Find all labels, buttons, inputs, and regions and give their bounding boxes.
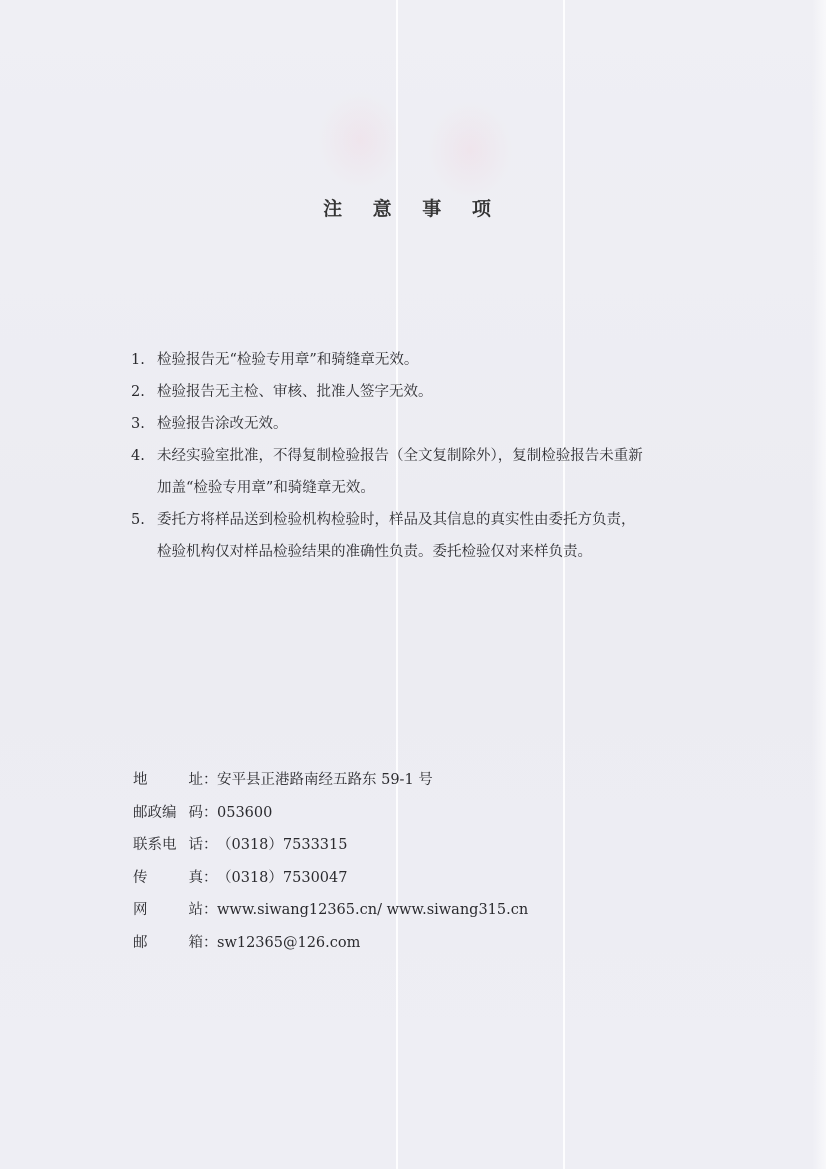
- note-number: 2.: [131, 376, 145, 408]
- contact-value: 安平县正港路南经五路东 59-1 号: [217, 764, 433, 797]
- note-item: 1. 检验报告无“检验专用章”和骑缝章无效。: [131, 344, 731, 376]
- note-text: 未经实验室批准，不得复制检验报告（全文复制除外），复制检验报告未重新: [157, 440, 731, 472]
- notes-list: 1. 检验报告无“检验专用章”和骑缝章无效。 2. 检验报告无主检、审核、批准人…: [131, 344, 731, 568]
- note-text: 委托方将样品送到检验机构检验时，样品及其信息的真实性由委托方负责，: [157, 504, 731, 536]
- contact-postcode: 邮政编码 ： 053600: [133, 797, 733, 830]
- note-text: 检验报告无主检、审核、批准人签字无效。: [157, 376, 731, 408]
- contact-value: （0318）7533315: [217, 829, 347, 862]
- fold-line: [563, 0, 565, 1169]
- note-text: 加盖“检验专用章”和骑缝章无效。: [157, 472, 731, 504]
- contact-address: 地址 ： 安平县正港路南经五路东 59-1 号: [133, 764, 733, 797]
- contact-email: 邮箱 ： sw12365@126.com: [133, 927, 733, 960]
- note-item: 5. 委托方将样品送到检验机构检验时，样品及其信息的真实性由委托方负责， 检验机…: [131, 504, 731, 568]
- fold-line: [396, 0, 398, 1169]
- contact-value: （0318）7530047: [217, 862, 347, 895]
- document-page: 注 意 事 项 1. 检验报告无“检验专用章”和骑缝章无效。 2. 检验报告无主…: [0, 0, 826, 1169]
- note-item: 3. 检验报告涂改无效。: [131, 408, 731, 440]
- page-title: 注 意 事 项: [0, 194, 826, 221]
- contact-label: 传真: [133, 862, 203, 895]
- contact-website: 网站 ： www.siwang12365.cn/ www.siwang315.c…: [133, 894, 733, 927]
- contact-value: www.siwang12365.cn/ www.siwang315.cn: [217, 894, 528, 927]
- contact-fax: 传真 ： （0318）7530047: [133, 862, 733, 895]
- contact-label: 地址: [133, 764, 203, 797]
- note-item: 4. 未经实验室批准，不得复制检验报告（全文复制除外），复制检验报告未重新 加盖…: [131, 440, 731, 504]
- note-number: 5.: [131, 504, 145, 536]
- note-number: 4.: [131, 440, 145, 472]
- contact-phone: 联系电话 ： （0318）7533315: [133, 829, 733, 862]
- contact-label: 联系电话: [133, 829, 203, 862]
- contact-label: 网站: [133, 894, 203, 927]
- note-text: 检验报告涂改无效。: [157, 408, 731, 440]
- note-text: 检验报告无“检验专用章”和骑缝章无效。: [157, 344, 731, 376]
- note-number: 1.: [131, 344, 145, 376]
- note-item: 2. 检验报告无主检、审核、批准人签字无效。: [131, 376, 731, 408]
- contact-value: sw12365@126.com: [217, 927, 360, 960]
- contact-label: 邮箱: [133, 927, 203, 960]
- note-number: 3.: [131, 408, 145, 440]
- contact-label: 邮政编码: [133, 797, 203, 830]
- page-edge: [812, 0, 826, 1169]
- note-text: 检验机构仅对样品检验结果的准确性负责。委托检验仅对来样负责。: [157, 536, 731, 568]
- contact-value: 053600: [217, 797, 272, 830]
- contact-block: 地址 ： 安平县正港路南经五路东 59-1 号 邮政编码 ： 053600 联系…: [133, 764, 733, 959]
